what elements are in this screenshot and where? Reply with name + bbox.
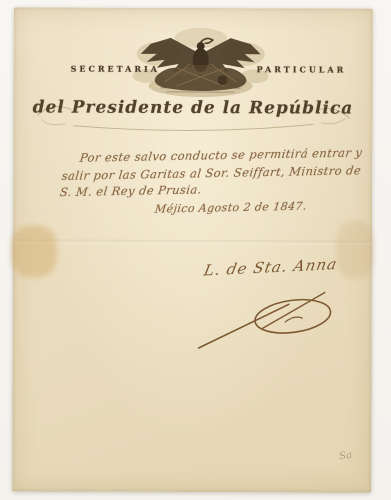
signature-rubric-icon — [193, 274, 353, 353]
manuscript-line-1: Por este salvo conducto se permitirá ent… — [79, 145, 363, 164]
manuscript-line-3: S. M. el Rey de Prusia. — [59, 182, 203, 199]
manuscript-line-2: salir por las Garitas al Sor. Seiffart, … — [61, 163, 362, 183]
right-edge-stain — [336, 221, 374, 279]
header-word-secretaria: SECRETARIA — [71, 64, 160, 74]
pencil-annotation: Sa — [339, 450, 353, 463]
manuscript-dateline: Méjico Agosto 2 de 1847. — [154, 200, 307, 216]
left-edge-stain — [11, 225, 57, 277]
letter-paper: SECRETARIA PARTICULAR del Presidente de … — [12, 7, 373, 492]
header-word-particular: PARTICULAR — [257, 64, 347, 74]
fold-crease — [13, 239, 372, 244]
scan-background: SECRETARIA PARTICULAR del Presidente de … — [0, 0, 391, 500]
letterhead-title: del Presidente de la República — [13, 97, 372, 118]
